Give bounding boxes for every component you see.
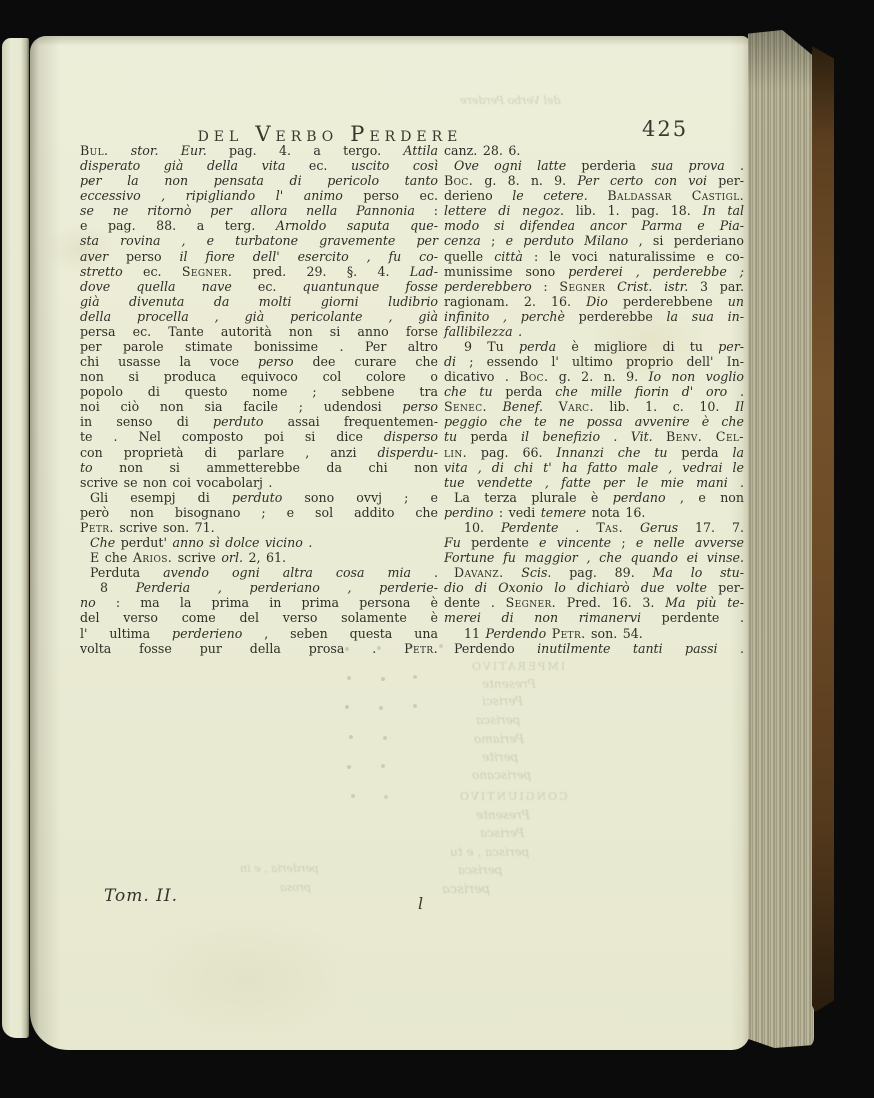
text-line: dicativo . Boc. g. 2. n. 9. Io non vogli… — [444, 369, 744, 384]
text-line: Che perdut' anno sì dolce vicino . — [80, 535, 438, 550]
book-page: del Verbo PerdereIMPERATIVOPresentePeris… — [30, 36, 750, 1050]
show-through-text: periscano — [472, 768, 531, 782]
show-through-text: Perisci — [482, 694, 523, 708]
text-line: infinito , perchè perderebbe la sua in- — [444, 309, 744, 324]
leather-cover-edge — [812, 46, 834, 1012]
book-scan: del Verbo PerdereIMPERATIVOPresentePeris… — [0, 0, 874, 1098]
text-line: perdino : vedi temere nota 16. — [444, 505, 744, 520]
text-line: perderebbero : Segner Crist. istr. 3 par… — [444, 279, 744, 294]
fore-edge-pages — [748, 30, 814, 1048]
text-line: La terza plurale è perdano , e non — [444, 490, 744, 505]
text-line: eccessivo , ripigliando l' animo perso e… — [80, 188, 438, 203]
text-line: tue vendette , fatte per le mie mani . — [444, 475, 744, 490]
text-line: tu perda il benefizio . Vit. Benv. Cel- — [444, 429, 744, 444]
text-line: scrive se non coi vocabolarj . — [80, 475, 438, 490]
show-through-text: Perisca — [480, 826, 524, 840]
text-line: 8 Perderia , perderiano , perderie- — [80, 580, 438, 595]
text-line: aver perso il fiore dell' esercito , fu … — [80, 249, 438, 264]
text-line: però non bisognano ; e sol addito che — [80, 505, 438, 520]
text-line: del verso come del verso solamente è — [80, 610, 438, 625]
show-through-text: Presente — [482, 677, 536, 691]
show-through-text: IMPERATIVO — [470, 660, 565, 673]
text-line: Fu perdente e vincente ; e nelle avverse — [444, 535, 744, 550]
text-line: fallibilezza . — [444, 324, 744, 339]
text-line: merei di non rimanervi perdente . — [444, 610, 744, 625]
text-line: chi usasse la voce perso dee curare che — [80, 354, 438, 369]
show-through-text: perite — [482, 750, 518, 764]
text-line: cenza ; e perduto Milano , si perderiano — [444, 233, 744, 248]
text-line: vita , di chi t' ha fatto male , vedrai … — [444, 460, 744, 475]
show-through-text: perderia , e in — [240, 862, 319, 875]
show-through-text: perisca — [458, 863, 502, 877]
text-line: Senec. Benef. Varc. lib. 1. c. 10. Il — [444, 399, 744, 414]
text-line: lettere di negoz. lib. 1. pag. 18. In ta… — [444, 203, 744, 218]
text-line: Davanz. Scis. pag. 89. Ma lo stu- — [444, 565, 744, 580]
text-line: Perduta avendo ogni altra cosa mia . — [80, 565, 438, 580]
text-line: e pag. 88. a terg. Arnoldo saputa que- — [80, 218, 438, 233]
text-line: 9 Tu perda è migliore di tu per- — [444, 339, 744, 354]
show-through-text: perisca , e tu — [450, 845, 529, 859]
text-line: volta fosse pur della prosa . Petr. — [80, 641, 438, 656]
text-line: peggio che te ne possa avvenire è che — [444, 414, 744, 429]
text-line: 10. Perdente . Tas. Gerus 17. 7. — [444, 520, 744, 535]
text-line: popolo di questo nome ; sebbene tra — [80, 384, 438, 399]
text-line: dente . Segner. Pred. 16. 3. Ma più te- — [444, 595, 744, 610]
show-through-text: perisca — [476, 713, 520, 727]
text-line: se ne ritornò per allora nella Pannonia … — [80, 203, 438, 218]
text-line: Petr. scrive son. 71. — [80, 520, 438, 535]
show-through-text: CONGIUNTIVO — [458, 790, 568, 803]
text-line: di ; essendo l' ultimo proprio dell' In- — [444, 354, 744, 369]
text-line: no : ma la prima in prima persona è — [80, 595, 438, 610]
text-line: noi ciò non sia facile ; udendosi perso — [80, 399, 438, 414]
show-through-text: perisca — [442, 882, 490, 897]
column-left: Bul. stor. Eur. pag. 4. a tergo. Attilad… — [80, 143, 438, 656]
text-line: della procella , già pericolante , già — [80, 309, 438, 324]
page-number: 425 — [642, 117, 688, 141]
text-line: Perdendo inutilmente tanti passi . — [444, 641, 744, 656]
text-line: che tu perda che mille fiorin d' oro . — [444, 384, 744, 399]
column-right: canz. 28. 6.Ove ogni latte perderia sua … — [444, 143, 744, 656]
text-line: lin. pag. 66. Innanzi che tu perda la — [444, 445, 744, 460]
text-line: Fortune fu maggior , che quando ei vinse… — [444, 550, 744, 565]
text-line: canz. 28. 6. — [444, 143, 744, 158]
text-line: modo si difendea ancor Parma e Pia- — [444, 218, 744, 233]
text-line: Bul. stor. Eur. pag. 4. a tergo. Attila — [80, 143, 438, 158]
text-line: 11 Perdendo Petr. son. 54. — [444, 626, 744, 641]
text-line: disperato già della vita ec. uscito così — [80, 158, 438, 173]
text-line: l' ultima perderieno , seben questa una — [80, 626, 438, 641]
text-line: stretto ec. Segner. pred. 29. §. 4. Lad- — [80, 264, 438, 279]
text-line: to non si ammetterebbe da chi non — [80, 460, 438, 475]
text-line: te . Nel composto poi si dice disperso — [80, 429, 438, 444]
text-line: munissime sono perderei , perderebbe ; — [444, 264, 744, 279]
text-line: con proprietà di parlare , anzi disperdu… — [80, 445, 438, 460]
text-line: derieno le cetere. Baldassar Castigl. — [444, 188, 744, 203]
facing-page-edge — [2, 38, 29, 1038]
text-line: per la non pensata di pericolo tanto — [80, 173, 438, 188]
text-line: Boc. g. 8. n. 9. Per certo con voi per- — [444, 173, 744, 188]
foxing-dots — [30, 36, 32, 38]
text-line: in senso di perduto assai frequentemen- — [80, 414, 438, 429]
text-line: persa ec. Tante autorità non si anno for… — [80, 324, 438, 339]
text-line: E che Arios. scrive orl. 2, 61. — [80, 550, 438, 565]
text-line: ragionam. 2. 16. Dio perderebbene un — [444, 294, 744, 309]
text-line: dove quella nave ec. quantunque fosse — [80, 279, 438, 294]
tome-label: Tom. II. — [104, 886, 178, 906]
text-line: Gli esempj di perduto sono ovvj ; e — [80, 490, 438, 505]
text-line: dio di Oxonio lo dichiarò due volte per- — [444, 580, 744, 595]
signature-mark: l — [418, 894, 423, 913]
text-line: già divenuta da molti giorni ludibrio — [80, 294, 438, 309]
text-line: quelle città : le voci naturalissime e c… — [444, 249, 744, 264]
text-line: per parole stimate bonissime . Per altro — [80, 339, 438, 354]
show-through-text: Presente — [476, 808, 530, 822]
show-through-text: Periamo — [474, 732, 524, 746]
show-through-text: del Verbo Perdere — [460, 94, 560, 107]
show-through-text: prosa — [280, 881, 311, 894]
text-line: Ove ogni latte perderia sua prova . — [444, 158, 744, 173]
text-line: sta rovina , e turbatone gravemente per — [80, 233, 438, 248]
text-line: non si produca equivoco col colore o — [80, 369, 438, 384]
